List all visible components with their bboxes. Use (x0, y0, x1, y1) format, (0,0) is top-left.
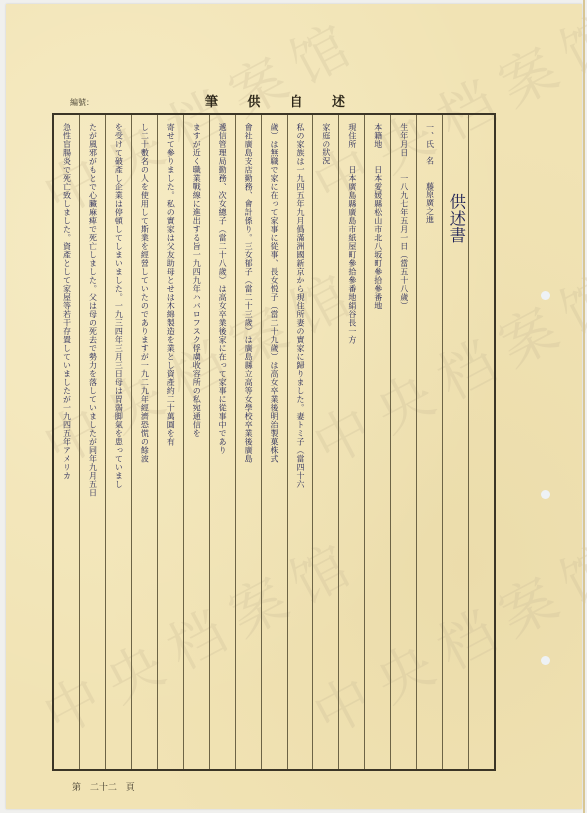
binding-hole (541, 656, 550, 665)
grid-column-body: ますが近く職業戰線に進出する旨一九四九年ハバロフスク俘虜收容所の私宛通信を (183, 115, 209, 769)
body-line: 會社廣島支店勤務、會計係り。三女郁子（當二十三歲）は廣島縣立高等女學校卒業後廣島 (244, 123, 252, 769)
section-heading: 家庭の狀況 (322, 123, 330, 769)
manuscript-grid: 供述書 一、氏 名 藤原廣之進 生年月日 一八九七年五月一日（當五十八歲） 本籍… (52, 113, 496, 771)
body-line: し二十數名の人を使用して斯業を經營していたのでありますが一九二九年經濟恐慌の餘波 (140, 123, 148, 769)
grid-column-body: 急性盲腸炎で死亡致しました。資產として家屋等若干存置していましたが一九四五年アメ… (54, 115, 79, 769)
grid-column-body: を受けて破產し企業は停頓してしまいました。一九三四年三月三日母は胃弱脚氣を患って… (105, 115, 131, 769)
grid-column-body: 寄せて參りました。私の實家は父友助母とせは木綿製造を業とし資產約二十萬圓を有 (157, 115, 183, 769)
page-number: 第 二十二 頁 (72, 780, 135, 793)
field-address: 現住所 日本廣島縣廣島市紙屋町參拾參番地絹谷長一方 (348, 123, 356, 769)
grid-column-body: 歲）は無職で家に在って家事に從事、長女悦子（當二十九歲）は高女卒業後明治製菓株式 (261, 115, 287, 769)
grid-column-address: 現住所 日本廣島縣廣島市紙屋町參拾參番地絹谷長一方 (338, 115, 364, 769)
grid-column-title: 供述書 (442, 115, 468, 769)
body-line: 寄せて參りました。私の實家は父友助母とせは木綿製造を業とし資產約二十萬圓を有 (166, 123, 174, 769)
body-line: 遞信管理局勤務、次女總子（當二十八歲）は高女卒業後家に在って家事に從事中であり (218, 123, 226, 769)
form-title: 筆 供 自 述 (205, 91, 345, 110)
grid-column-birth: 生年月日 一八九七年五月一日（當五十八歲） (390, 115, 416, 769)
field-birth-date: 生年月日 一八九七年五月一日（當五十八歲） (400, 123, 408, 769)
grid-column-body: たが風邪がもとで心臟麻痺で死亡しました。父は母の死去で勢力を落していましたが同年… (79, 115, 105, 769)
form-title-char: 供 (247, 91, 260, 110)
grid-column-body: 會社廣島支店勤務、會計係り。三女郁子（當二十三歲）は廣島縣立高等女學校卒業後廣島 (235, 115, 261, 769)
page-number-value: 二十二 (90, 783, 117, 793)
grid-column-section-heading: 家庭の狀況 (312, 115, 338, 769)
grid-column-body: 私の家族は一九四五年九月僞滿洲國新京から現住所妻の實家に歸りました。妻トミ子（當… (287, 115, 313, 769)
body-line: ますが近く職業戰線に進出する旨一九四九年ハバロフスク俘虜收容所の私宛通信を (192, 123, 200, 769)
field-domicile: 本籍地 日本愛媛縣松山市北八坂町參拾參番地 (374, 123, 382, 769)
statement-title: 供述書 (447, 193, 463, 769)
grid-column-name: 一、氏 名 藤原廣之進 (416, 115, 442, 769)
grid-column-body: 遞信管理局勤務、次女總子（當二十八歲）は高女卒業後家に在って家事に從事中であり (209, 115, 235, 769)
form-title-char: 述 (332, 91, 345, 110)
grid-column-body: し二十數名の人を使用して斯業を經營していたのでありますが一九二九年經濟恐慌の餘波 (131, 115, 157, 769)
body-line: 歲）は無職で家に在って家事に從事、長女悦子（當二十九歲）は高女卒業後明治製菓株式 (270, 123, 278, 769)
form-title-char: 筆 (205, 91, 218, 110)
document-number-label: 編號： (70, 97, 94, 108)
body-line: を受けて破產し企業は停頓してしまいました。一九三四年三月三日母は胃弱脚氣を患って… (114, 123, 122, 769)
body-line: 急性盲腸炎で死亡致しました。資產として家屋等若干存置していましたが一九四五年アメ… (63, 123, 71, 769)
page-edge (583, 0, 585, 813)
body-line: たが風邪がもとで心臟麻痺で死亡しました。父は母の死去で勢力を落していましたが同年… (88, 123, 96, 769)
grid-column-domicile: 本籍地 日本愛媛縣松山市北八坂町參拾參番地 (364, 115, 390, 769)
page-suffix: 頁 (126, 783, 135, 793)
binding-hole (541, 291, 550, 300)
binding-hole (541, 490, 550, 499)
grid-column-empty (468, 115, 494, 769)
body-line: 私の家族は一九四五年九月僞滿洲國新京から現住所妻の實家に歸りました。妻トミ子（當… (296, 123, 304, 769)
page-prefix: 第 (72, 783, 81, 793)
form-title-char: 自 (290, 91, 303, 110)
field-name: 一、氏 名 藤原廣之進 (426, 123, 434, 769)
